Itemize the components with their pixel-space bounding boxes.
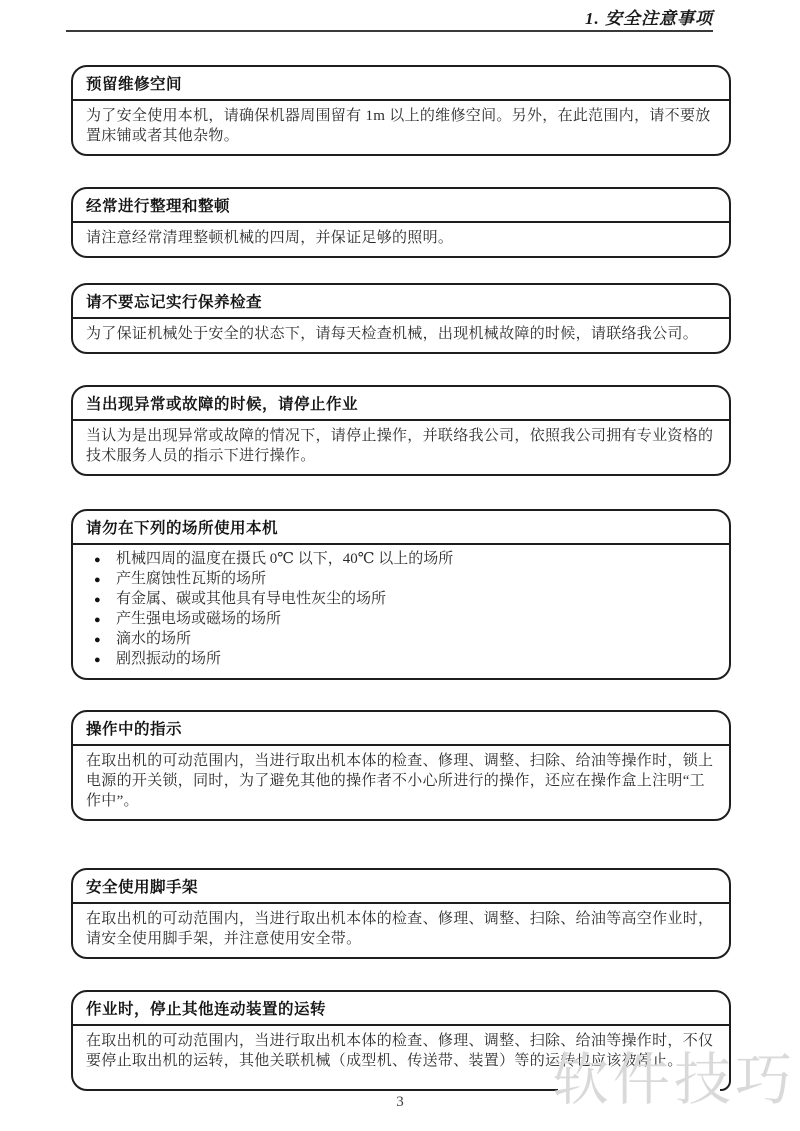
safety-card-stop-on-fault: 当出现异常或故障的时候，请停止作业 当认为是出现异常或故障的情况下，请停止操作，… bbox=[71, 385, 731, 476]
card-title: 操作中的指示 bbox=[73, 712, 729, 746]
card-title: 安全使用脚手架 bbox=[73, 870, 729, 904]
card-title: 作业时，停止其他连动装置的运转 bbox=[73, 992, 729, 1026]
card-title: 当出现异常或故障的时候，请停止作业 bbox=[73, 387, 729, 421]
list-item-text: 滴水的场所 bbox=[116, 630, 191, 649]
card-body: 在取出机的可动范围内，当进行取出机本体的检查、修理、调整、扫除、给油等操作时，锁… bbox=[73, 746, 729, 819]
bullet-icon: ● bbox=[94, 591, 116, 610]
page-number: 3 bbox=[0, 1094, 800, 1111]
list-item: ● 产生腐蚀性瓦斯的场所 bbox=[86, 570, 716, 590]
card-title: 预留维修空间 bbox=[73, 67, 729, 101]
card-body: 请注意经常清理整顿机械的四周，并保证足够的照明。 bbox=[73, 223, 729, 256]
safety-card-tidy-up: 经常进行整理和整顿 请注意经常清理整顿机械的四周，并保证足够的照明。 bbox=[71, 187, 731, 258]
card-body: 当认为是出现异常或故障的情况下，请停止操作，并联络我公司，依照我公司拥有专业资格… bbox=[73, 421, 729, 474]
bullet-icon: ● bbox=[94, 631, 116, 650]
bullet-icon: ● bbox=[94, 571, 116, 590]
card-title: 请勿在下列的场所使用本机 bbox=[73, 511, 729, 545]
document-page: 1. 安全注意事项 预留维修空间 为了安全使用本机，请确保机器周围留有 1m 以… bbox=[0, 0, 800, 1131]
card-body: 为了安全使用本机，请确保机器周围留有 1m 以上的维修空间。另外，在此范围内，请… bbox=[73, 101, 729, 154]
safety-card-forbidden-locations: 请勿在下列的场所使用本机 ● 机械四周的温度在摄氏 0℃ 以下，40℃ 以上的场… bbox=[71, 509, 731, 680]
content-area: 预留维修空间 为了安全使用本机，请确保机器周围留有 1m 以上的维修空间。另外，… bbox=[71, 32, 731, 1091]
list-item: ● 滴水的场所 bbox=[86, 630, 716, 650]
list-item: ● 机械四周的温度在摄氏 0℃ 以下，40℃ 以上的场所 bbox=[86, 550, 716, 570]
list-item-text: 机械四周的温度在摄氏 0℃ 以下，40℃ 以上的场所 bbox=[116, 550, 453, 569]
safety-card-maintenance-check: 请不要忘记实行保养检查 为了保证机械处于安全的状态下，请每天检查机械，出现机械故… bbox=[71, 283, 731, 354]
safety-card-scaffold: 安全使用脚手架 在取出机的可动范围内，当进行取出机本体的检查、修理、调整、扫除、… bbox=[71, 868, 731, 959]
list-item: ● 有金属、碳或其他具有导电性灰尘的场所 bbox=[86, 590, 716, 610]
card-title: 请不要忘记实行保养检查 bbox=[73, 285, 729, 319]
bullet-icon: ● bbox=[94, 551, 116, 570]
card-title: 经常进行整理和整顿 bbox=[73, 189, 729, 223]
list-item-text: 产生强电场或磁场的场所 bbox=[116, 610, 281, 629]
list-item-text: 剧烈振动的场所 bbox=[116, 650, 221, 669]
list-item: ● 产生强电场或磁场的场所 bbox=[86, 610, 716, 630]
list-item: ● 剧烈振动的场所 bbox=[86, 650, 716, 670]
list-item-text: 有金属、碳或其他具有导电性灰尘的场所 bbox=[116, 590, 386, 609]
card-body: 在取出机的可动范围内，当进行取出机本体的检查、修理、调整、扫除、给油等高空作业时… bbox=[73, 904, 729, 957]
header-title: 1. 安全注意事项 bbox=[585, 4, 713, 29]
list-item-text: 产生腐蚀性瓦斯的场所 bbox=[116, 570, 266, 589]
bullet-icon: ● bbox=[94, 651, 116, 670]
forbidden-locations-list: ● 机械四周的温度在摄氏 0℃ 以下，40℃ 以上的场所 ● 产生腐蚀性瓦斯的场… bbox=[73, 545, 729, 678]
safety-card-operation-notice: 操作中的指示 在取出机的可动范围内，当进行取出机本体的检查、修理、调整、扫除、给… bbox=[71, 710, 731, 821]
bullet-icon: ● bbox=[94, 611, 116, 630]
safety-card-reserve-space: 预留维修空间 为了安全使用本机，请确保机器周围留有 1m 以上的维修空间。另外，… bbox=[71, 65, 731, 156]
card-body: 为了保证机械处于安全的状态下，请每天检查机械，出现机械故障的时候，请联络我公司。 bbox=[73, 319, 729, 352]
